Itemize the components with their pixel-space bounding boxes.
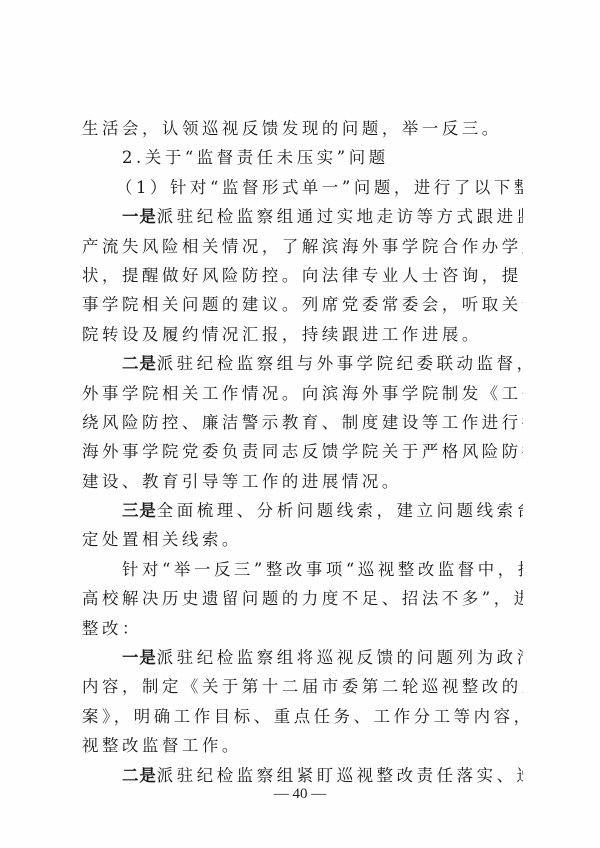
text-line: 事学院相关问题的建议。列席党委常委会，听取关于滨海外事学 (82, 290, 523, 319)
text-line: 外事学院相关工作情况。向滨海外事学院制发《工作提示》，围 (82, 379, 523, 408)
body-text: 生活会，认领巡视反馈发现的问题，举一反三。 2.关于“监督责任未压实”问题 （1… (82, 114, 523, 790)
text-line: 绕风险防控、廉洁警示教育、制度建设等工作进行提醒，听取滨 (82, 408, 523, 437)
text-line: 状，提醒做好风险防控。向法律专业人士咨询，提出解决滨海外 (82, 261, 523, 290)
lead-label: 二是 (122, 766, 157, 785)
text-line: 整改： (82, 614, 523, 643)
document-page: 生活会，认领巡视反馈发现的问题，举一反三。 2.关于“监督责任未压实”问题 （1… (0, 0, 600, 848)
page-number: — 40 — (0, 786, 600, 803)
text-line: 产流失风险相关情况，了解滨海外事学院合作办学历史脉络和现 (82, 232, 523, 261)
text-line: 生活会，认领巡视反馈发现的问题，举一反三。 (82, 114, 523, 143)
lead-label: 一是 (122, 207, 157, 226)
text-line: 针对“举一反三”整改事项“巡视整改监督中，推动驻在 (82, 555, 523, 584)
section-heading: 2.关于“监督责任未压实”问题 (82, 143, 523, 172)
text-line: 高校解决历史遗留问题的力度不足、招法不多”，进行了以下 (82, 584, 523, 613)
text-line: 院转设及履约情况汇报，持续跟进工作进展。 (82, 320, 523, 349)
text-line: 一是派驻纪检监察组通过实地走访等方式跟进监督国有资 (82, 202, 523, 231)
text-line: 一是派驻纪检监察组将巡视反馈的问题列为政治监督重点 (82, 643, 523, 672)
text-line: 三是全面梳理、分析问题线索，建立问题线索台账，按规 (82, 496, 523, 525)
text-line: 二是派驻纪检监察组与外事学院纪委联动监督，跟进滨海 (82, 349, 523, 378)
text-line: 视整改监督工作。 (82, 731, 523, 760)
text-line: 海外事学院党委负责同志反馈学院关于严格风险防控、加强制度 (82, 437, 523, 466)
text-line: 案》，明确工作目标、重点任务、工作分工等内容，持续推进巡 (82, 702, 523, 731)
lead-label: 三是 (122, 501, 157, 520)
lead-label: 二是 (122, 354, 157, 373)
text-line: 内容，制定《关于第十二届市委第二轮巡视整改的监督工作方 (82, 672, 523, 701)
text-line: 定处置相关线索。 (82, 525, 523, 554)
subsection-heading: （1）针对“监督形式单一”问题，进行了以下整改： (82, 173, 523, 202)
lead-label: 一是 (122, 648, 157, 667)
text-line: 建设、教育引导等工作的进展情况。 (82, 467, 523, 496)
